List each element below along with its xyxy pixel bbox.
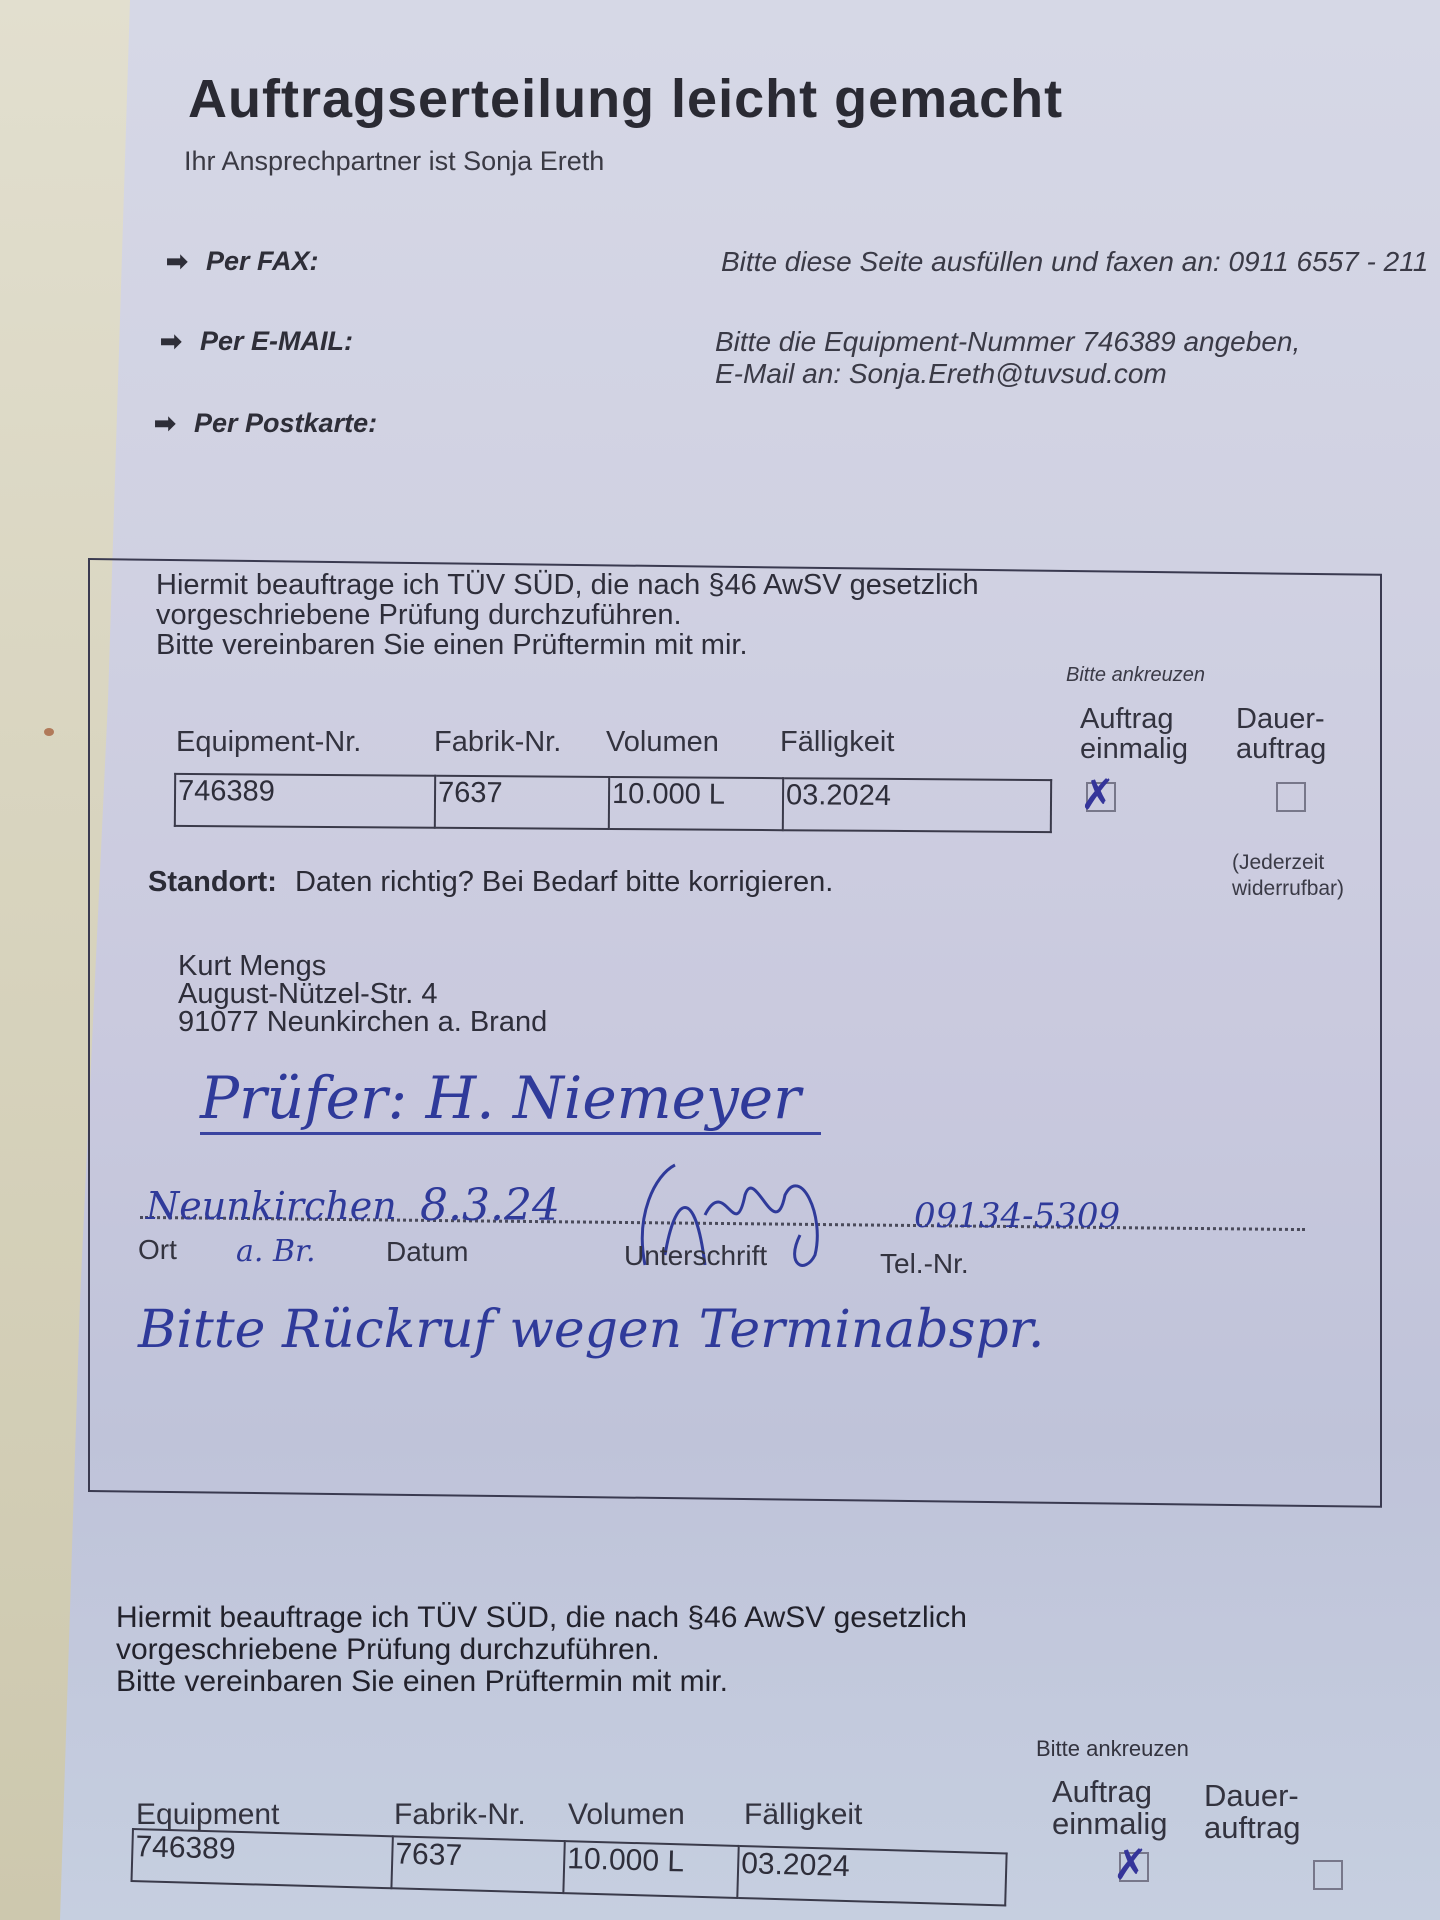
arrow-right-icon: ➡	[154, 408, 194, 439]
cell-equipment[interactable]: 746389	[132, 1829, 393, 1888]
address-street: August-Nützel-Str. 4	[178, 980, 547, 1008]
label-phone: Tel.-Nr.	[880, 1248, 969, 1280]
option-one-time-label-copy: Auftrag einmalig	[1052, 1776, 1167, 1840]
method-label: Per FAX:	[206, 246, 546, 277]
table-stain	[44, 728, 54, 736]
col-equipment: Equipment-Nr.	[176, 726, 434, 759]
contact-person: Ihr Ansprechpartner ist Sonja Ereth	[184, 146, 604, 177]
table-row: 746389 7637 10.000 L 03.2024	[175, 774, 1051, 832]
col-serial: Fabrik-Nr.	[434, 726, 606, 759]
checkbox-standing-order-copy[interactable]	[1313, 1860, 1343, 1890]
order-intro-copy: Hiermit beauftrage ich TÜV SÜD, die nach…	[116, 1602, 967, 1698]
handwritten-date: 8.3.24	[420, 1180, 560, 1231]
cell-serial[interactable]: 7637	[435, 776, 609, 829]
page-title: Auftragserteilung leicht gemacht	[188, 68, 1063, 130]
address-block: Kurt Mengs August-Nützel-Str. 4 91077 Ne…	[178, 952, 547, 1036]
handwritten-place-suffix: a. Br.	[236, 1234, 316, 1269]
address-name: Kurt Mengs	[178, 952, 547, 980]
option-one-time-label: Auftrag einmalig	[1080, 704, 1188, 764]
method-label: Per Postkarte:	[194, 408, 534, 439]
col-volume: Volumen	[568, 1782, 744, 1832]
col-due: Fälligkeit	[780, 726, 894, 759]
method-fax: ➡ Per FAX: Bitte diese Seite ausfüllen u…	[166, 246, 1428, 278]
col-equipment: Equipment	[136, 1798, 394, 1832]
label-date: Datum	[386, 1236, 468, 1268]
method-postcard: ➡ Per Postkarte:	[154, 408, 534, 439]
cell-due[interactable]: 03.2024	[737, 1846, 1006, 1905]
method-label: Per E-MAIL:	[200, 326, 540, 357]
option-standing-label: Dauer- auftrag	[1236, 704, 1326, 764]
checkbox-one-time-order-copy[interactable]	[1119, 1852, 1149, 1882]
table-headers-copy: Equipment Fabrik-Nr. Volumen Fälligkeit	[136, 1776, 862, 1832]
option-standing-label-copy: Dauer- auftrag	[1204, 1780, 1301, 1844]
email-address-line[interactable]: E-Mail an: Sonja.Ereth@tuvsud.com	[715, 358, 1300, 390]
location-hint: Daten richtig? Bei Bedarf bitte korrigie…	[295, 866, 833, 898]
handwritten-phone: 09134-5309	[914, 1196, 1120, 1236]
handwritten-note: Bitte Rückruf wegen Terminabspr.	[138, 1300, 1044, 1360]
cell-volume[interactable]: 10.000 L	[609, 777, 783, 830]
cell-serial[interactable]: 7637	[391, 1836, 564, 1893]
check-hint-copy: Bitte ankreuzen	[1036, 1736, 1189, 1762]
handwritten-place: Neunkirchen	[146, 1184, 397, 1228]
table-headers: Equipment-Nr. Fabrik-Nr. Volumen Fälligk…	[176, 726, 894, 759]
check-hint: Bitte ankreuzen	[1066, 664, 1205, 687]
col-due: Fälligkeit	[744, 1776, 862, 1832]
col-serial: Fabrik-Nr.	[394, 1784, 568, 1832]
checkbox-one-time-order[interactable]	[1086, 782, 1116, 812]
cell-due[interactable]: 03.2024	[783, 778, 1051, 832]
method-desc: Bitte die Equipment-Nummer 746389 angebe…	[715, 326, 1300, 390]
method-desc: Bitte diese Seite ausfüllen und faxen an…	[721, 246, 1428, 278]
cell-equipment[interactable]: 746389	[175, 774, 435, 828]
location-line: Standort: Daten richtig? Bei Bedarf bitt…	[148, 866, 833, 899]
revocable-note: (Jederzeit widerrufbar)	[1232, 850, 1344, 902]
method-email: ➡ Per E-MAIL: Bitte die Equipment-Nummer…	[160, 326, 1300, 390]
cell-volume[interactable]: 10.000 L	[563, 1841, 738, 1898]
arrow-right-icon: ➡	[166, 246, 206, 277]
label-place: Ort	[138, 1234, 177, 1266]
order-intro: Hiermit beauftrage ich TÜV SÜD, die nach…	[156, 570, 979, 660]
handwritten-inspector: Prüfer: H. Niemeyer	[200, 1064, 821, 1135]
equipment-table: 746389 7637 10.000 L 03.2024	[174, 773, 1052, 833]
location-label: Standort:	[148, 866, 277, 898]
label-signature: Unterschrift	[624, 1240, 767, 1272]
col-volume: Volumen	[606, 726, 780, 759]
address-city: 91077 Neunkirchen a. Brand	[178, 1008, 547, 1036]
email-desc-line: Bitte die Equipment-Nummer 746389 angebe…	[715, 326, 1300, 358]
checkbox-standing-order[interactable]	[1276, 782, 1306, 812]
arrow-right-icon: ➡	[160, 326, 200, 357]
